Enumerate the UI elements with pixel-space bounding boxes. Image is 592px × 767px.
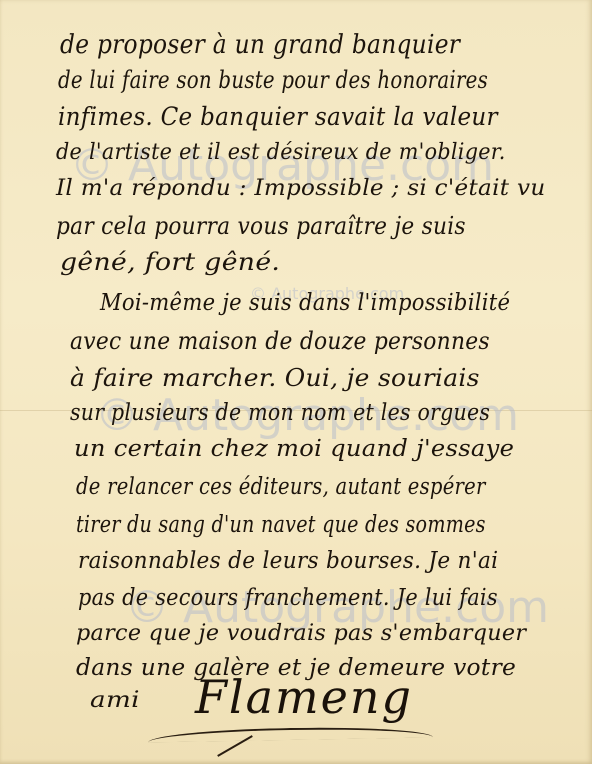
signature-flourish (148, 726, 433, 743)
letter-line: Moi-même je suis dans l'impossibilité (100, 290, 510, 316)
letter-line: à faire marcher. Oui, je souriais (70, 364, 480, 392)
letter-line: de relancer ces éditeurs, autant espérer (76, 474, 486, 500)
letter-line: par cela pourra vous paraître je suis (56, 212, 466, 240)
letter-line: infimes. Ce banquier savait la valeur (58, 102, 498, 131)
letter-line: tirer du sang d'un navet que des sommes (76, 512, 486, 538)
letter-line: de l'artiste et il est désireux de m'obl… (56, 140, 506, 165)
letter-line: parce que je voudrais pas s'embarquer (76, 621, 526, 646)
signature: Flameng (195, 670, 413, 724)
letter-line: avec une maison de douze personnes (70, 327, 490, 355)
letter-line: de lui faire son buste pour des honorair… (58, 66, 488, 94)
letter-line: gêné, fort gêné. (60, 248, 280, 276)
letter-line: un certain chez moi quand j'essaye (74, 436, 514, 462)
letter-paper: © Autographe.com © Autographe.com © Auto… (0, 0, 592, 764)
letter-line: sur plusieurs de mon nom et les orgues (70, 400, 490, 426)
letter-line: ami (90, 688, 140, 713)
letter-line: pas de secours franchement. Je lui fais (78, 585, 498, 611)
letter-line: de proposer à un grand banquier (60, 30, 460, 60)
letter-line: Il m'a répondu : Impossible ; si c'était… (56, 176, 545, 201)
letter-line: raisonnables de leurs bourses. Je n'ai (78, 548, 498, 574)
